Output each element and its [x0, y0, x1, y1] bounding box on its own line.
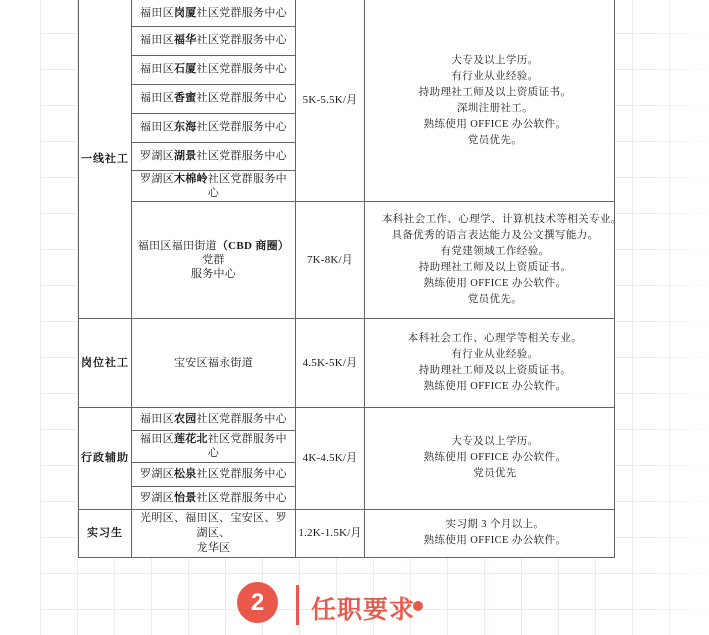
salary-cell-cbd: 7K-8K/月 — [296, 202, 365, 319]
location-cell: 福田区农园社区党群服务中心 — [132, 408, 296, 431]
text-line: 实习期 3 个月以上。 — [382, 517, 608, 533]
page: 一线社工 福田区岗厦社区党群服务中心 5K-5.5K/月 大专及以上学历。有行业… — [0, 0, 709, 635]
location-text: 社区党群服务中心 — [208, 173, 287, 199]
text-line: 大专及以上学历。 — [382, 434, 608, 450]
text-line: 深圳注册社工。 — [382, 101, 608, 117]
location-text: 社区党群服务中心 — [197, 492, 287, 504]
location-text: 社区党群服务中心 — [197, 150, 287, 162]
location-text: 社区党群服务中心 — [208, 433, 287, 459]
section-number: 2 — [251, 589, 264, 617]
location-line: 服务中心 — [135, 267, 292, 281]
location-bold-text: 岗厦 — [174, 7, 197, 19]
location-text: 社区党群服务中心 — [197, 34, 287, 46]
location-text: 罗湖区 — [140, 468, 174, 480]
location-cell: 福田区岗厦社区党群服务中心 — [132, 0, 296, 26]
section-number-badge: 2 — [237, 582, 278, 623]
location-cell: 福田区石厦社区党群服务中心 — [132, 55, 296, 84]
section-title: 任职要求 — [311, 590, 415, 626]
position-cell-admin: 行政辅助 — [79, 408, 132, 510]
location-text: 罗湖区 — [140, 173, 174, 185]
text-line: 有行业从业经验。 — [382, 347, 608, 363]
text-line: 有党建领域工作经验。 — [382, 244, 608, 260]
location-text: 党群 — [202, 254, 225, 266]
location-text: 福田区 — [140, 7, 174, 19]
location-cell-cbd: 福田区福田街道（CBD 商圈）党群 服务中心 — [132, 202, 296, 319]
requirements-cell-cbd: 本科社会工作、心理学、计算机技术等相关专业。具备优秀的语言表达能力及公文撰写能力… — [365, 202, 615, 319]
location-bold-text: 湖景 — [174, 150, 197, 162]
location-text: 福田区 — [140, 433, 174, 445]
text-line: 大专及以上学历。 — [382, 53, 608, 69]
text-line: 党员优先 — [382, 466, 608, 482]
location-line: 福田区福田街道（CBD 商圈）党群 — [135, 239, 292, 268]
location-cell-intern: 光明区、福田区、宝安区、罗湖区、龙华区 — [132, 509, 296, 557]
location-bold-text: 农园 — [174, 413, 197, 425]
location-bold-text: 石厦 — [174, 63, 197, 75]
location-cell: 罗湖区松泉社区党群服务中心 — [132, 462, 296, 486]
location-text: 福田区 — [140, 34, 174, 46]
location-cell: 福田区香蜜社区党群服务中心 — [132, 84, 296, 113]
location-text: 社区党群服务中心 — [197, 468, 287, 480]
requirements-cell-intern: 实习期 3 个月以上。熟练使用 OFFICE 办公软件。 — [365, 509, 615, 557]
location-text: 罗湖区 — [140, 492, 174, 504]
grid-fade-overlay — [654, 0, 709, 635]
text-line: 持助理社工师及以上资质证书。 — [382, 363, 608, 379]
requirements-cell-admin: 大专及以上学历。熟练使用 OFFICE 办公软件。党员优先 — [365, 408, 615, 510]
text-line: 具备优秀的语言表达能力及公文撰写能力。 — [382, 228, 608, 244]
salary-cell-post-worker: 4.5K-5K/月 — [296, 319, 365, 408]
location-text: 社区党群服务中心 — [197, 121, 287, 133]
location-text: 罗湖区 — [140, 150, 174, 162]
location-text: 福田区福田街道 — [138, 240, 217, 252]
location-text: 社区党群服务中心 — [197, 413, 287, 425]
text-line: 党员优先。 — [382, 292, 608, 308]
text-line: 光明区、福田区、宝安区、罗湖区、 — [135, 511, 292, 541]
position-cell-intern: 实习生 — [79, 509, 132, 557]
location-text: 福田区 — [140, 92, 174, 104]
salary-cell-frontline: 5K-5.5K/月 — [296, 0, 365, 202]
location-cell: 罗湖区怡景社区党群服务中心 — [132, 486, 296, 509]
location-bold-text: 香蜜 — [174, 92, 197, 104]
location-text: 福田区 — [140, 413, 174, 425]
text-line: 本科社会工作、心理学、计算机技术等相关专业。 — [382, 212, 608, 228]
salary-cell-intern: 1.2K-1.5K/月 — [296, 509, 365, 557]
location-text: 社区党群服务中心 — [197, 92, 287, 104]
text-line: 持助理社工师及以上资质证书。 — [382, 260, 608, 276]
section-divider-bar — [296, 585, 299, 625]
location-bold-text: 怡景 — [174, 492, 197, 504]
location-text: 社区党群服务中心 — [197, 7, 287, 19]
salary-cell-admin: 4K-4.5K/月 — [296, 408, 365, 510]
location-cell: 罗湖区木棉岭社区党群服务中心 — [132, 170, 296, 202]
bullet-dot-icon — [413, 601, 423, 611]
location-text: 社区党群服务中心 — [197, 63, 287, 75]
text-line: 熟练使用 OFFICE 办公软件。 — [382, 276, 608, 292]
location-bold-text: （CBD 商圈） — [217, 240, 289, 252]
text-line: 有行业从业经验。 — [382, 69, 608, 85]
text-line: 龙华区 — [135, 541, 292, 556]
location-cell: 福田区福华社区党群服务中心 — [132, 26, 296, 55]
text-line: 熟练使用 OFFICE 办公软件。 — [382, 117, 608, 133]
text-line: 持助理社工师及以上资质证书。 — [382, 85, 608, 101]
location-bold-text: 松泉 — [174, 468, 197, 480]
location-cell: 罗湖区湖景社区党群服务中心 — [132, 142, 296, 170]
location-cell: 宝安区福永街道 — [132, 319, 296, 408]
location-cell: 福田区莲花北社区党群服务中心 — [132, 431, 296, 463]
location-text: 福田区 — [140, 63, 174, 75]
location-cell: 福田区东海社区党群服务中心 — [132, 113, 296, 142]
location-bold-text: 木棉岭 — [174, 173, 208, 185]
text-line: 党员优先。 — [382, 133, 608, 149]
location-bold-text: 莲花北 — [174, 433, 208, 445]
text-line: 本科社会工作、心理学等相关专业。 — [382, 331, 608, 347]
position-cell-post-worker: 岗位社工 — [79, 319, 132, 408]
location-bold-text: 福华 — [174, 34, 197, 46]
text-line: 熟练使用 OFFICE 办公软件。 — [382, 379, 608, 395]
requirements-cell-frontline: 大专及以上学历。有行业从业经验。持助理社工师及以上资质证书。深圳注册社工。熟练使… — [365, 0, 615, 202]
text-line: 熟练使用 OFFICE 办公软件。 — [382, 533, 608, 549]
text-line: 熟练使用 OFFICE 办公软件。 — [382, 450, 608, 466]
requirements-cell-post-worker: 本科社会工作、心理学等相关专业。有行业从业经验。持助理社工师及以上资质证书。熟练… — [365, 319, 615, 408]
position-cell-frontline: 一线社工 — [79, 0, 132, 319]
jobs-table: 一线社工 福田区岗厦社区党群服务中心 5K-5.5K/月 大专及以上学历。有行业… — [78, 0, 615, 558]
location-text: 福田区 — [140, 121, 174, 133]
location-bold-text: 东海 — [174, 121, 197, 133]
